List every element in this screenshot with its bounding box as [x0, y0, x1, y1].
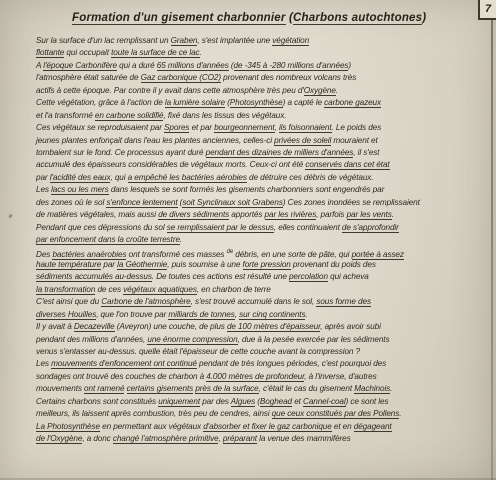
text-line: par l'acidité des eaux, qui a empêché le… — [36, 172, 492, 184]
text-line: pendant des millions d'années, une énorm… — [36, 334, 492, 346]
text-segment: dans lesquels se sont formés les gisemen… — [109, 185, 385, 194]
underlined-text: ils foisonnaient — [279, 123, 332, 133]
text-segment: . De toutes ces actions est résulté une — [152, 272, 289, 281]
underlined-text: diverses Houilles — [36, 310, 96, 320]
underlined-text: sur cinq continents — [239, 310, 305, 320]
underlined-text: sédiments accumulés au-dessus — [36, 272, 152, 282]
underlined-text: a empêché les bactéries aérobies — [128, 173, 247, 183]
underlined-text: mouvements d'enfoncement ont continué — [51, 359, 197, 369]
text-segment: qui acheva — [328, 272, 369, 281]
text-line: de l'Oxygène, a donc changé l'atmosphère… — [36, 433, 492, 445]
underlined-text: que ceux constitués par des Pollens — [272, 409, 400, 419]
text-segment: meilleurs, ils laissent après combustion… — [36, 409, 272, 418]
text-segment: . — [390, 384, 392, 393]
document-page: Formation d'un gisement charbonnier (Cha… — [0, 0, 496, 480]
text-segment: . — [180, 235, 182, 244]
text-segment: , s'est implantée une — [197, 36, 272, 45]
text-segment: , parfois — [316, 210, 346, 219]
text-line: Ces végétaux se reproduisaient par Spore… — [36, 122, 492, 134]
text-line: La Photosynthèse en permettant aux végét… — [36, 421, 492, 433]
text-segment: . — [305, 310, 307, 319]
text-segment: ( — [229, 61, 234, 70]
underlined-text: 65 millions d'années — [157, 61, 229, 71]
underlined-text: se remplissaient par le dessus — [167, 223, 274, 233]
text-segment: Cette végétation, grâce à l'action de — [36, 98, 165, 107]
underlined-text: bourgeonnement — [214, 123, 275, 133]
text-segment: , s'est trouvé accumulé dans le sol, — [191, 297, 317, 306]
underlined-text: Charbons autochtones — [293, 12, 422, 25]
underlined-text: près de la surface — [195, 384, 258, 394]
text-segment: provenant des nombreux volcans très — [221, 73, 356, 82]
text-segment: , à l'inverse, d'autres — [304, 372, 376, 381]
underlined-text: pendant des dizaines de milliers d'année… — [206, 148, 354, 158]
text-segment: qui a duré — [117, 61, 157, 70]
text-segment: . — [336, 86, 338, 95]
text-line: Pendant que ces dépressions du sol se re… — [36, 222, 492, 234]
underlined-text: de -345 à -280 millions d'années — [234, 61, 349, 71]
underlined-text: conservés dans cet état — [305, 160, 389, 170]
text-segment: C'est ainsi que du — [36, 297, 101, 306]
text-line: de matières végétales, mais aussi de div… — [36, 209, 492, 221]
text-segment: , fixé dans les tissus des végétaux. — [163, 111, 286, 120]
underlined-text: flottante — [36, 48, 64, 58]
underlined-text: lacs ou les mers — [51, 185, 109, 195]
text-segment: venus s'entasser au-dessus. quelle était… — [36, 347, 360, 356]
text-segment: ) Ces zones inondées se remplissaient — [283, 198, 420, 207]
underlined-text: dégageant — [354, 422, 392, 432]
underlined-text: Algues — [231, 397, 255, 407]
underlined-text: carbone gazeux — [324, 98, 381, 108]
text-line: Il y avait à Decazeville (Aveyron) une c… — [36, 321, 492, 333]
text-segment: actifs à cette époque. Par contre il y a… — [36, 86, 304, 95]
text-segment: ) ce sont les — [346, 397, 389, 406]
underlined-text: Oxygène — [304, 86, 336, 96]
text-segment: apportés — [229, 210, 264, 219]
text-segment: de détruire ces débris de végétaux. — [247, 173, 374, 182]
text-line: haute température par la Géothermie, pui… — [36, 259, 492, 271]
text-segment: ( — [286, 12, 293, 24]
text-segment: , après avoir subi — [320, 322, 381, 331]
text-segment: l'atmosphère était saturée de — [36, 73, 141, 82]
underlined-text: uniquement — [158, 397, 200, 407]
underlined-text: toute la surface de ce lac — [111, 48, 199, 58]
text-segment: , en charbon de terre — [197, 285, 271, 294]
underlined-text: en carbone solidifié — [95, 111, 164, 121]
underlined-text: Carbone de l'atmosphère — [101, 297, 190, 307]
text-segment: . — [200, 48, 202, 57]
underlined-text: certains gisements — [127, 384, 193, 394]
text-line: venus s'entasser au-dessus. quelle était… — [36, 346, 492, 358]
text-segment: . — [399, 409, 401, 418]
text-line: l'atmosphère était saturée de Gaz carbon… — [36, 72, 492, 84]
text-segment: jeunes plantes enfonçait dans l'eau les … — [36, 136, 274, 145]
text-segment: en permettant aux végétaux — [100, 422, 203, 431]
underlined-text: l'époque Carbonifère — [43, 61, 117, 71]
text-segment: , il s'est — [353, 148, 379, 157]
text-line: A l'époque Carbonifère qui a duré 65 mil… — [36, 60, 492, 72]
text-segment: pendant des millions d'années, — [36, 335, 147, 344]
underlined-text: Spores — [164, 123, 189, 133]
text-segment: des zones où le sol — [36, 198, 106, 207]
underlined-text: Formation d'un gisement charbonnier — [72, 12, 286, 25]
underlined-text: sous forme des — [316, 297, 371, 307]
text-segment: accumulé des épaisseurs considérables de… — [36, 160, 305, 169]
text-segment: Pendant que ces dépressions du sol — [36, 223, 167, 232]
text-segment: de matières végétales, mais aussi — [36, 210, 158, 219]
text-line: Les mouvements d'enfoncement ont continu… — [36, 358, 492, 370]
underlined-text: de s'approfondir — [342, 223, 399, 233]
text-segment: tombaient sur le fond. Ce processus ayan… — [36, 148, 206, 157]
underlined-text: par enfoncement dans la croûte terrestre — [36, 235, 180, 245]
text-segment: Les — [36, 185, 51, 194]
text-line: mouvements ont ramené certains gisements… — [36, 383, 492, 395]
text-line: actifs à cette époque. Par contre il y a… — [36, 85, 492, 97]
text-segment: , elles continuaient — [274, 223, 342, 232]
text-segment: pendant de très longues périodes, c'est … — [197, 359, 386, 368]
text-line: Sur la surface d'un lac remplissant un G… — [36, 35, 492, 47]
text-segment: , a donc — [82, 434, 113, 443]
text-line: Les lacs ou les mers dans lesquels se so… — [36, 184, 492, 196]
text-segment: Il y avait à — [36, 322, 74, 331]
text-segment: et — [292, 397, 303, 406]
underlined-text: Photosynthèse — [230, 98, 283, 108]
text-segment: et par — [189, 123, 214, 132]
underlined-text: La Photosynthèse — [36, 422, 100, 432]
underlined-text: végétaux aquatiques — [123, 285, 197, 295]
underlined-text: de divers sédiments — [158, 210, 229, 220]
text-line: jeunes plantes enfonçait dans l'eau les … — [36, 135, 492, 147]
underlined-text: la transformation — [36, 285, 95, 295]
text-line: des zones où le sol s'enfonce lentement … — [36, 197, 492, 209]
underlined-text: changé l'atmosphère primitive — [113, 434, 219, 444]
text-segment: la venue des mammifères — [257, 434, 351, 443]
text-line: tombaient sur le fond. Ce processus ayan… — [36, 147, 492, 159]
underlined-text: végétation — [272, 36, 309, 46]
page-number: 7 — [485, 3, 491, 15]
text-segment: sondages ont trouvé des couches de charb… — [36, 372, 206, 381]
text-segment: Les — [36, 359, 51, 368]
underlined-text: soit Synclinaux soit Grabens — [182, 198, 283, 208]
text-segment: et en — [332, 422, 354, 431]
underlined-text: Gaz carbonique (CO2) — [141, 73, 221, 83]
text-segment: , due à la pesée exercée par les sédimen… — [238, 335, 390, 344]
underlined-text: la lumière solaire — [165, 98, 225, 108]
text-segment: (Aveyron) une couche, de plus — [115, 322, 227, 331]
text-segment: Ces végétaux se reproduisaient par — [36, 123, 164, 132]
text-segment: de ces — [95, 285, 123, 294]
underlined-text: par les vents — [347, 210, 392, 220]
underlined-text: de l'Oxygène — [36, 434, 82, 444]
text-segment: mouvements — [36, 384, 84, 393]
text-segment: Sur la surface d'un lac remplissant un — [36, 36, 171, 45]
underlined-text: préparant — [223, 434, 257, 444]
underlined-text: milliards de tonnes — [168, 310, 234, 320]
text-segment: par — [101, 260, 117, 269]
paper-speck — [8, 214, 12, 219]
text-segment: , que l'on trouve par — [96, 310, 168, 319]
underlined-text: une énorme compression — [147, 335, 237, 345]
text-segment: ) — [422, 12, 426, 24]
underlined-text: par les rivières — [265, 210, 317, 220]
text-segment: par des — [200, 397, 231, 406]
text-segment: Certains charbons sont constitués — [36, 397, 158, 406]
text-segment: , qui — [110, 173, 127, 182]
underlined-text: haute température — [36, 260, 101, 270]
page-edge — [491, 0, 493, 480]
underlined-text: privées de soleil — [274, 136, 331, 146]
text-segment: , c'était le cas du gisement — [259, 384, 355, 393]
document-lines: Sur la surface d'un lac remplissant un G… — [36, 35, 492, 445]
underlined-text: la Géothermie — [117, 260, 167, 270]
text-segment: par — [36, 173, 50, 182]
text-line: meilleurs, ils laissent après combustion… — [36, 408, 492, 420]
text-line: par enfoncement dans la croûte terrestre… — [36, 234, 492, 246]
underlined-text: Boghead — [260, 397, 292, 407]
underlined-text: Graben — [171, 36, 198, 46]
underlined-text: d'absorber et fixer le gaz carbonique — [203, 422, 332, 432]
underlined-text: de 100 mètres d'épaisseur — [227, 322, 320, 332]
underlined-text: forte pression — [243, 260, 291, 270]
text-line: Cette végétation, grâce à l'action de la… — [36, 97, 492, 109]
underlined-text: percolation — [289, 272, 328, 282]
text-segment: ) a capté le — [283, 98, 324, 107]
text-segment: mouraient et — [331, 136, 378, 145]
text-line: sédiments accumulés au-dessus. De toutes… — [36, 271, 492, 283]
underlined-text: Decazeville — [74, 322, 115, 332]
text-line: Des bactéries anaérobies ont transformé … — [36, 246, 492, 258]
text-segment: provenant du poids des — [291, 260, 376, 269]
underlined-text: Machinois — [354, 384, 390, 394]
text-segment: , puis soumise à une — [167, 260, 242, 269]
text-segment: . — [392, 210, 394, 219]
underlined-text: l'acidité des eaux — [50, 173, 111, 183]
text-line: C'est ainsi que du Carbone de l'atmosphè… — [36, 296, 492, 308]
underlined-text: s'enfonce lentement — [106, 198, 177, 208]
text-line: diverses Houilles, que l'on trouve par m… — [36, 309, 492, 321]
underlined-text: Cannel-coal — [303, 397, 346, 407]
text-line: accumulé des épaisseurs considérables de… — [36, 159, 492, 171]
text-line: Certains charbons sont constitués unique… — [36, 396, 492, 408]
text-line: et l'a transformé en carbone solidifié, … — [36, 110, 492, 122]
underlined-text: 4.000 mètres de profondeur — [206, 372, 304, 382]
page-number-badge: 7 — [478, 0, 496, 20]
text-segment: . Le poids des — [332, 123, 382, 132]
text-line: flottante qui occupait toute la surface … — [36, 47, 492, 59]
text-segment: qui occupait — [64, 48, 111, 57]
underlined-text: ont ramené — [84, 384, 124, 394]
text-segment: ) — [348, 61, 351, 70]
text-line: sondages ont trouvé des couches de charb… — [36, 371, 492, 383]
text-segment: et l'a transformé — [36, 111, 95, 120]
page-title: Formation d'un gisement charbonnier (Cha… — [72, 12, 482, 24]
text-line: la transformation de ces végétaux aquati… — [36, 284, 492, 296]
